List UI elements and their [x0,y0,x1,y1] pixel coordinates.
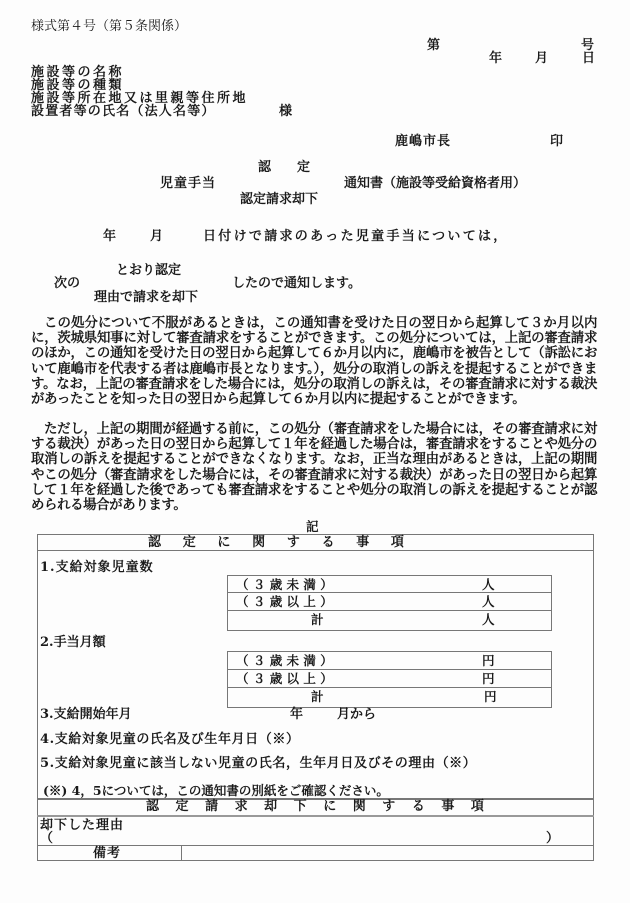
date-year: 年 [489,52,502,66]
count-over3-unit: 人 [482,595,495,609]
row-divider [227,592,552,593]
heading-char: 関 [353,800,366,814]
intro-text: 日付けで請求のあった児童手当については， [203,230,509,244]
heading-char: 求 [235,800,248,814]
intro-year: 年 [103,230,116,244]
form-number: 様式第４号（第５条関係） [31,20,187,34]
count-total-label: 計 [311,613,324,627]
heading-char: 項 [471,800,484,814]
seal-mark: 印 [550,135,563,149]
row-divider [227,610,552,611]
heading-char: に [217,536,230,550]
heading-char: 定 [176,800,189,814]
item3-start-month-label: 3.支給開始年月 [40,708,132,722]
heading-char: 却 [264,800,277,814]
count-under3-label: （ ３ 歳 未 満 ） [236,578,333,592]
item1-child-count-label: 1.支給対象児童数 [40,561,154,575]
amount-total-unit: 円 [484,690,497,704]
intro-next-suffix: したので通知します。 [232,277,361,291]
amount-total-label: 計 [311,690,324,704]
heading-char: す [287,536,300,550]
honorific-sama: 様 [279,105,292,119]
heading-char: す [382,800,395,814]
rejection-reason-paren-close: ） [546,832,559,846]
count-total-unit: 人 [482,613,495,627]
appeal-notice-paragraph-1: この処分について不服があるときは，この通知書を受けた日の翌日から起算して３か月以… [31,316,597,407]
heading-char: る [322,536,335,550]
date-day: 日 [582,52,595,66]
heading-char: 定 [183,536,196,550]
amount-over3-unit: 円 [482,672,495,686]
heading-char: 請 [205,800,218,814]
heading-char: 下 [294,800,307,814]
rejection-heading-divider [37,815,594,817]
row-divider [227,669,552,670]
intro-next-prefix: 次の [54,277,80,291]
issuer-mayor: 鹿嶋市長 [395,135,451,149]
row-divider [227,687,552,688]
heading-char: 認 [148,536,161,550]
title-option-approval: 認 定 [258,161,310,175]
remarks-field [183,846,592,860]
title-prefix: 児童手当 [160,177,216,191]
heading-char: る [412,800,425,814]
item2-monthly-amount-label: 2.手当月額 [40,636,106,650]
intro-option-reject: 理由で請求を却下 [94,291,198,305]
amount-under3-label: （ ３ 歳 未 満 ） [236,654,333,668]
heading-char: 項 [391,536,404,550]
doc-number-prefix: 第 [427,39,440,53]
intro-month: 月 [150,230,163,244]
amount-over3-label: （ ３ 歳 以 上 ） [236,672,333,686]
date-month: 月 [535,52,548,66]
approval-section-heading: 認 定 に 関 す る 事 項 [148,536,404,550]
remarks-column-divider [181,845,182,861]
item4-child-names-label: 4.支給対象児童の氏名及び生年月日（※） [40,733,300,747]
rejection-section-heading: 認 定 請 求 却 下 に 関 す る 事 項 [146,800,484,814]
heading-char: 関 [252,536,265,550]
operator-name-label: 設置者等の氏名（法人名等） [31,105,216,119]
remarks-label: 備考 [93,847,121,861]
title-option-rejection: 認定請求却下 [240,193,318,207]
count-under3-unit: 人 [482,578,495,592]
start-month-from: 月から [337,708,376,722]
amount-under3-unit: 円 [482,654,495,668]
title-suffix: 通知書（施設等受給資格者用） [344,177,526,191]
ki-heading: 記 [306,520,319,534]
item5-non-eligible-label: 5.支給対象児童に該当しない児童の氏名，生年月日及びその理由（※） [40,757,476,771]
approval-heading-divider [37,550,594,551]
heading-char: 認 [146,800,159,814]
appeal-notice-paragraph-2: ただし，上記の期間が経過する前に，この処分（審査請求をした場合には，その審査請求… [31,422,597,513]
start-year-unit: 年 [290,708,303,722]
heading-char: 事 [356,536,369,550]
heading-char: 事 [441,800,454,814]
rejection-reason-paren-open: （ [40,832,53,846]
footnote: (※) 4，5については，この通知書の別紙をご確認ください。 [43,784,389,798]
count-over3-label: （ ３ 歳 以 上 ） [236,595,333,609]
heading-char: に [323,800,336,814]
intro-option-approve: とおり認定 [116,264,181,278]
